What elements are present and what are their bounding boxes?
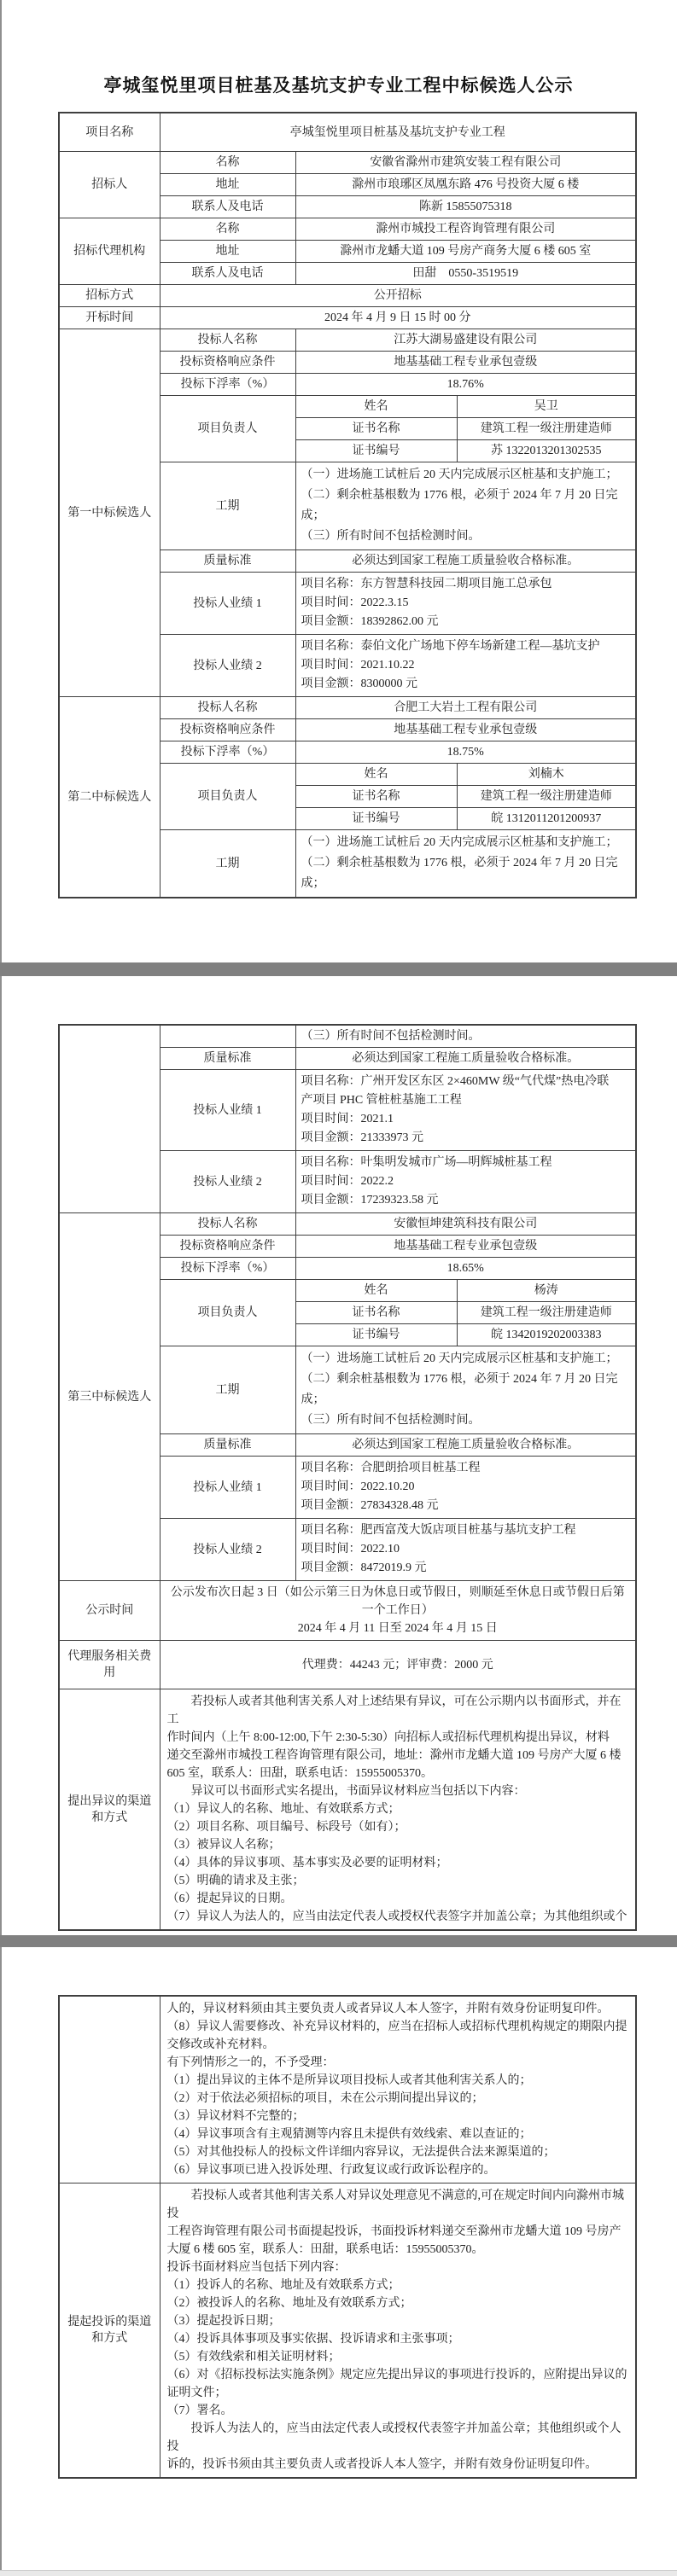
discount-rate-label: 投标下浮率（%） (160, 741, 295, 764)
achievement1-label: 投标人业绩 1 (160, 573, 295, 635)
table-row: 项目名称 亭城玺悦里项目桩基及基坑支护专业工程 (59, 113, 636, 152)
page-separator-1 (0, 962, 677, 976)
table-row: 第二中标候选人 投标人名称 合肥工大岩土工程有限公司 (59, 697, 636, 719)
tenderer-name-label: 名称 (160, 152, 295, 174)
table-row: 招标人 名称 安徽省滁州市建筑安装工程有限公司 (59, 152, 636, 174)
agency-name-value: 滁州市城投工程咨询管理有限公司 (295, 218, 636, 241)
viewport-left-border (0, 0, 2, 2576)
cert-name-label: 证书名称 (295, 1302, 457, 1324)
candidate2-discount-rate: 18.75% (295, 741, 636, 764)
manager-label: 项目负责人 (160, 764, 295, 830)
duration-label: 工期 (160, 462, 295, 550)
candidate2-cert-no: 皖 1312011201200937 (457, 808, 636, 830)
cert-name-label: 证书名称 (295, 786, 457, 808)
duration-label-continuation (160, 1025, 295, 1048)
window-bottom-edge (0, 2570, 677, 2576)
table-row: 人的，异议材料须由其主要负责人或者异议人本人签字，并附有效身份证明复印件。（8）… (59, 1996, 636, 2183)
quality-label: 质量标准 (160, 1434, 295, 1457)
table-row: 提起投诉的渠道和方式 若投标人或者其他利害关系人对异议处理意见不满意的,可在规定… (59, 2183, 636, 2479)
qualification-label: 投标资格响应条件 (160, 352, 295, 374)
cert-no-label: 证书编号 (295, 1324, 457, 1346)
candidate2-bidder-name: 合肥工大岩土工程有限公司 (295, 697, 636, 719)
table-row: 代理服务相关费用 代理费：44243 元；评审费：2000 元 (59, 1641, 636, 1689)
achievement2-label: 投标人业绩 2 (160, 635, 295, 697)
table-row: （三）所有时间不包括检测时间。 (59, 1025, 636, 1048)
agency-contact-value: 田甜 0550-3519519 (295, 263, 636, 285)
tenderer-section-label: 招标人 (59, 152, 160, 218)
candidate1-cert-name: 建筑工程一级注册建造师 (457, 418, 636, 440)
objection-channel-continuation-label (59, 1996, 160, 2183)
tenderer-address-label: 地址 (160, 174, 295, 196)
cert-no-label: 证书编号 (295, 440, 457, 462)
announcement-table-page1: 项目名称 亭城玺悦里项目桩基及基坑支护专业工程 招标人 名称 安徽省滁州市建筑安… (58, 112, 637, 898)
announcement-table-page3: 人的，异议材料须由其主要负责人或者异议人本人签字，并附有效身份证明复印件。（8）… (58, 1995, 637, 2479)
objection-channel-label: 提出异议的渠道和方式 (59, 1689, 160, 1931)
candidate3-achievement1: 项目名称：合肥朗拾项目桩基工程项目时间：2022.10.20项目金额：27834… (295, 1457, 636, 1519)
agency-contact-label: 联系人及电话 (160, 263, 295, 285)
table-row: 第一中标候选人 投标人名称 江苏大湖易盛建设有限公司 (59, 329, 636, 352)
person-name-label: 姓名 (295, 396, 457, 418)
objection-channel-continuation-text: 人的，异议材料须由其主要负责人或者异议人本人签字，并附有效身份证明复印件。（8）… (160, 1996, 636, 2183)
qualification-label: 投标资格响应条件 (160, 1236, 295, 1258)
achievement2-label: 投标人业绩 2 (160, 1151, 295, 1213)
agency-fee-value: 代理费：44243 元；评审费：2000 元 (160, 1641, 636, 1689)
candidate2-duration: （一）进场施工试桩后 20 天内完成展示区桩基和支护施工；（二）剩余桩基根数为 … (295, 830, 636, 898)
candidate3-achievement2: 项目名称：肥西富茂大饭店项目桩基与基坑支护工程项目时间：2022.10项目金额：… (295, 1519, 636, 1581)
announcement-table-page2: （三）所有时间不包括检测时间。 质量标准 必须达到国家工程施工质量验收合格标准。… (58, 1024, 637, 1931)
candidate3-quality: 必须达到国家工程施工质量验收合格标准。 (295, 1434, 636, 1457)
complaint-channel-label: 提起投诉的渠道和方式 (59, 2183, 160, 2479)
candidate3-discount-rate: 18.65% (295, 1258, 636, 1280)
quality-label: 质量标准 (160, 550, 295, 573)
person-name-label: 姓名 (295, 764, 457, 786)
candidate2-manager-name: 刘楠木 (457, 764, 636, 786)
candidate1-cert-no: 苏 1322013201302535 (457, 440, 636, 462)
publicity-time-label: 公示时间 (59, 1581, 160, 1641)
candidate1-discount-rate: 18.76% (295, 374, 636, 396)
candidate2-achievement2: 项目名称：叶集明发城市广场—明辉城桩基工程项目时间：2022.2项目金额：172… (295, 1151, 636, 1213)
opening-time-label: 开标时间 (59, 307, 160, 329)
opening-time-value: 2024 年 4 月 9 日 15 时 00 分 (160, 307, 636, 329)
bidder-name-label: 投标人名称 (160, 697, 295, 719)
candidate3-section-label: 第三中标候选人 (59, 1213, 160, 1581)
candidate1-duration: （一）进场施工试桩后 20 天内完成展示区桩基和支护施工；（二）剩余桩基根数为 … (295, 462, 636, 550)
person-name-label: 姓名 (295, 1280, 457, 1302)
duration-label: 工期 (160, 830, 295, 898)
candidate3-qualification: 地基基础工程专业承包壹级 (295, 1236, 636, 1258)
quality-label: 质量标准 (160, 1048, 295, 1070)
complaint-channel-text: 若投标人或者其他利害关系人对异议处理意见不满意的,可在规定时间内向滁州市城投工程… (160, 2183, 636, 2479)
bid-method-value: 公开招标 (160, 285, 636, 307)
tenderer-contact-value: 陈新 15855075318 (295, 196, 636, 218)
project-name-value: 亭城玺悦里项目桩基及基坑支护专业工程 (160, 113, 636, 152)
agency-address-value: 滁州市龙蟠大道 109 号房产商务大厦 6 楼 605 室 (295, 241, 636, 263)
cert-name-label: 证书名称 (295, 418, 457, 440)
agency-name-label: 名称 (160, 218, 295, 241)
page-separator-2 (0, 1935, 677, 1947)
discount-rate-label: 投标下浮率（%） (160, 374, 295, 396)
project-name-label: 项目名称 (59, 113, 160, 152)
cert-no-label: 证书编号 (295, 808, 457, 830)
candidate2-achievement1: 项目名称：广州开发区东区 2×460MW 级“气代煤”热电冷联产项目 PHC 管… (295, 1070, 636, 1151)
candidate3-bidder-name: 安徽恒坤建筑科技有限公司 (295, 1213, 636, 1236)
candidate1-achievement2: 项目名称：泰伯文化广场地下停车场新建工程—基坑支护项目时间：2021.10.22… (295, 635, 636, 697)
candidate3-duration: （一）进场施工试桩后 20 天内完成展示区桩基和支护施工；（二）剩余桩基根数为 … (295, 1346, 636, 1434)
table-row: 第三中标候选人 投标人名称 安徽恒坤建筑科技有限公司 (59, 1213, 636, 1236)
tenderer-address-value: 滁州市琅琊区凤凰东路 476 号投资大厦 6 楼 (295, 174, 636, 196)
table-row: 招标方式 公开招标 (59, 285, 636, 307)
candidate1-bidder-name: 江苏大湖易盛建设有限公司 (295, 329, 636, 352)
publicity-time-value: 公示发布次日起 3 日（如公示第三日为休息日或节假日，则顺延至休息日或节假日后第… (160, 1581, 636, 1641)
page-title: 亭城玺悦里项目桩基及基坑支护专业工程中标候选人公示 (0, 72, 677, 97)
candidate1-manager-name: 吴卫 (457, 396, 636, 418)
candidate2-section-label: 第二中标候选人 (59, 697, 160, 898)
candidate2-qualification: 地基基础工程专业承包壹级 (295, 719, 636, 741)
candidate3-cert-name: 建筑工程一级注册建造师 (457, 1302, 636, 1324)
achievement1-label: 投标人业绩 1 (160, 1070, 295, 1151)
duration-label: 工期 (160, 1346, 295, 1434)
candidate1-achievement1: 项目名称：东方智慧科技园二期项目施工总承包项目时间：2022.3.15项目金额：… (295, 573, 636, 635)
manager-label: 项目负责人 (160, 396, 295, 462)
candidate1-qualification: 地基基础工程专业承包壹级 (295, 352, 636, 374)
achievement2-label: 投标人业绩 2 (160, 1519, 295, 1581)
candidate2-duration-overflow: （三）所有时间不包括检测时间。 (295, 1025, 636, 1048)
table-row: 提出异议的渠道和方式 若投标人或者其他利害关系人对上述结果有异议，可在公示期内以… (59, 1689, 636, 1931)
objection-channel-text: 若投标人或者其他利害关系人对上述结果有异议，可在公示期内以书面形式，并在工作时间… (160, 1689, 636, 1931)
achievement1-label: 投标人业绩 1 (160, 1457, 295, 1519)
tenderer-contact-label: 联系人及电话 (160, 196, 295, 218)
candidate2-quality: 必须达到国家工程施工质量验收合格标准。 (295, 1048, 636, 1070)
candidate2-section-continuation (59, 1025, 160, 1213)
qualification-label: 投标资格响应条件 (160, 719, 295, 741)
agency-section-label: 招标代理机构 (59, 218, 160, 285)
manager-label: 项目负责人 (160, 1280, 295, 1346)
agency-fee-label: 代理服务相关费用 (59, 1641, 160, 1689)
discount-rate-label: 投标下浮率（%） (160, 1258, 295, 1280)
candidate1-quality: 必须达到国家工程施工质量验收合格标准。 (295, 550, 636, 573)
table-row: 开标时间 2024 年 4 月 9 日 15 时 00 分 (59, 307, 636, 329)
agency-address-label: 地址 (160, 241, 295, 263)
table-row: 招标代理机构 名称 滁州市城投工程咨询管理有限公司 (59, 218, 636, 241)
candidate2-cert-name: 建筑工程一级注册建造师 (457, 786, 636, 808)
bidder-name-label: 投标人名称 (160, 1213, 295, 1236)
candidate3-cert-no: 皖 1342019202003383 (457, 1324, 636, 1346)
bid-method-label: 招标方式 (59, 285, 160, 307)
tenderer-name-value: 安徽省滁州市建筑安装工程有限公司 (295, 152, 636, 174)
bidder-name-label: 投标人名称 (160, 329, 295, 352)
candidate3-manager-name: 杨涛 (457, 1280, 636, 1302)
table-row: 公示时间 公示发布次日起 3 日（如公示第三日为休息日或节假日，则顺延至休息日或… (59, 1581, 636, 1641)
candidate1-section-label: 第一中标候选人 (59, 329, 160, 697)
